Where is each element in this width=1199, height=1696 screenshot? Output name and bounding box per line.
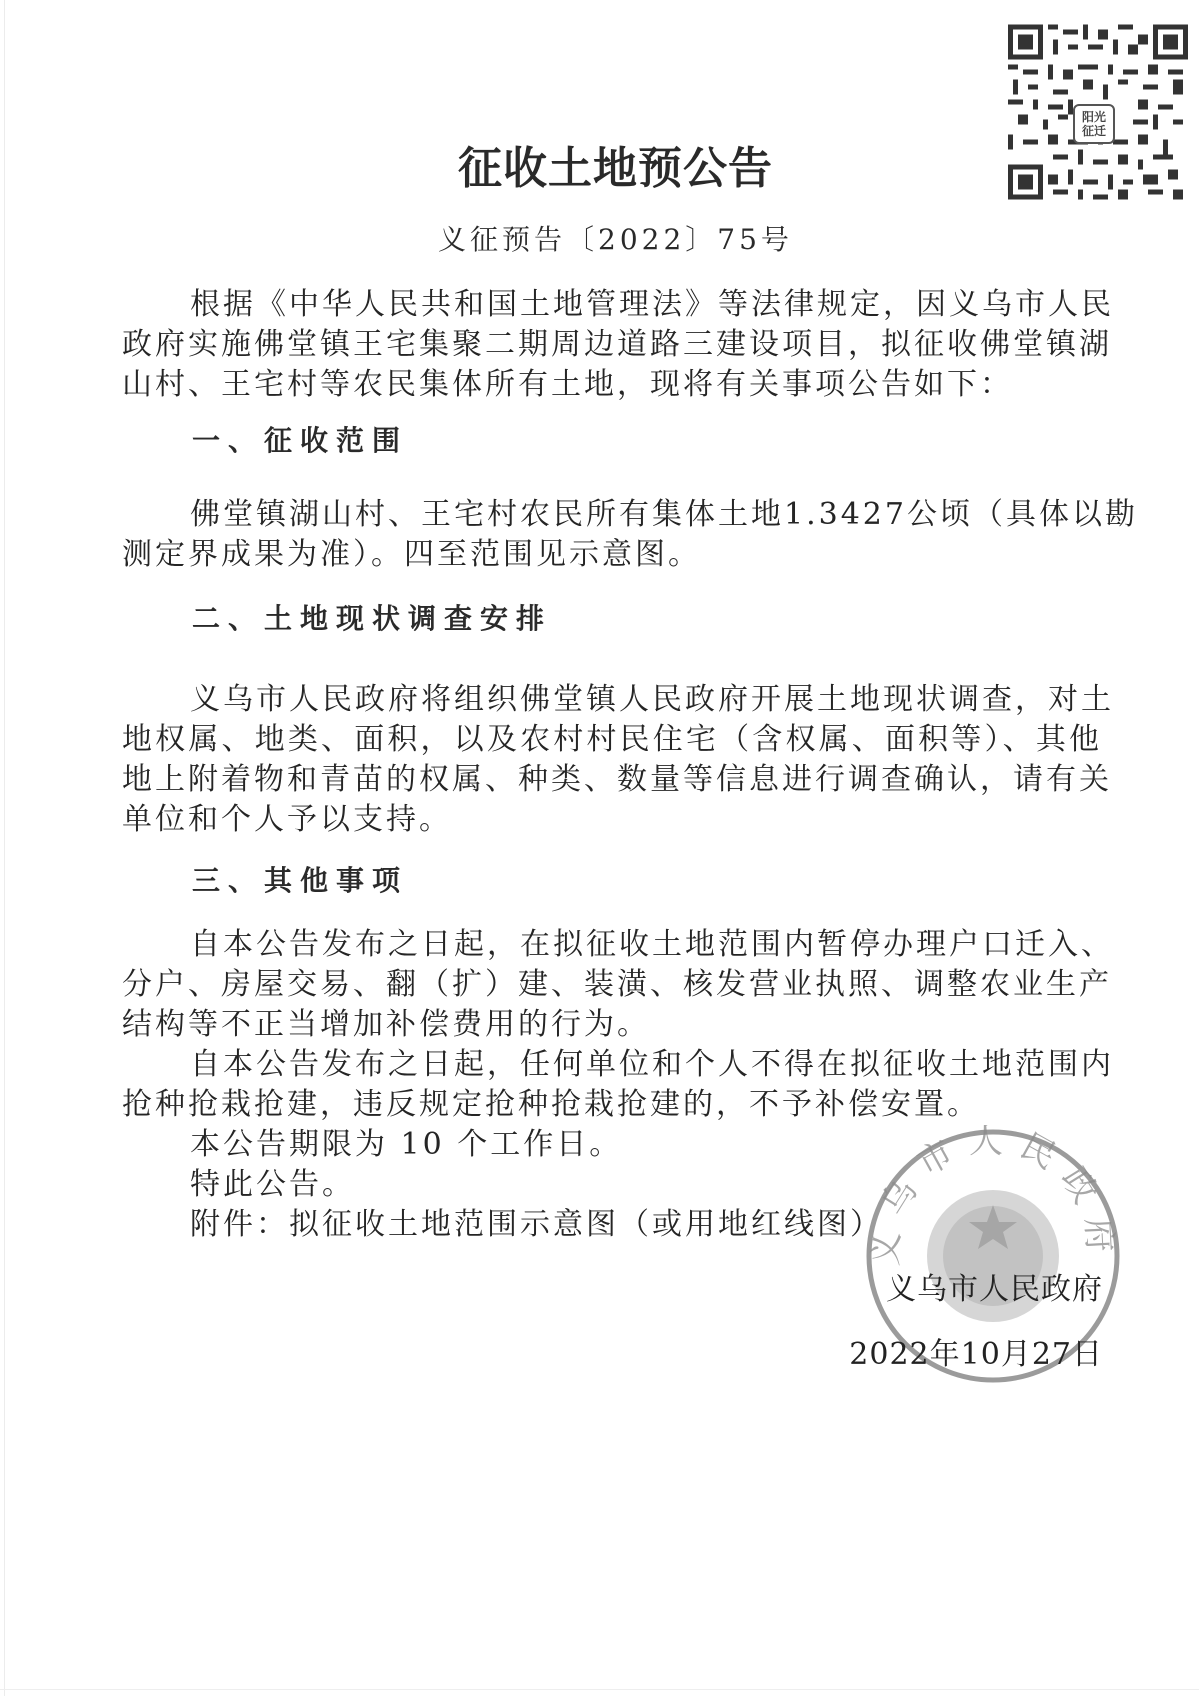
section-heading-other: 三、其他事项	[192, 861, 408, 901]
section-line: 自本公告发布之日起，在拟征收土地范围内暂停办理户口迁入、	[190, 925, 1102, 965]
section-line: 测定界成果为准）。四至范围见示意图。	[122, 535, 1102, 575]
section-line: 结构等不正当增加补偿费用的行为。	[122, 1005, 1102, 1045]
section-line: 义乌市人民政府将组织佛堂镇人民政府开展土地现状调查，对土	[190, 680, 1102, 720]
document-number: 义征预告〔2022〕75号	[0, 218, 1199, 258]
intro-line: 山村、王宅村等农民集体所有土地，现将有关事项公告如下：	[122, 365, 1102, 405]
section-heading-survey: 二、土地现状调查安排	[192, 599, 552, 639]
section-line: 单位和个人予以支持。	[122, 800, 1102, 840]
section-heading-scope: 一、征收范围	[192, 421, 408, 461]
page-title: 征收土地预公告	[0, 132, 1199, 196]
scan-bottom-edge	[0, 1689, 1199, 1690]
section-line: 佛堂镇湖山村、王宅村农民所有集体土地1.3427公顷（具体以勘	[190, 495, 1102, 535]
qr-badge-line1: 阳光	[1082, 110, 1106, 124]
issue-date: 2022年10月27日	[849, 1335, 1103, 1375]
intro-line: 政府实施佛堂镇王宅集聚二期周边道路三建设项目，拟征收佛堂镇湖	[122, 325, 1102, 365]
section-line: 自本公告发布之日起，任何单位和个人不得在拟征收土地范围内	[190, 1045, 1102, 1085]
issuer-name: 义乌市人民政府	[886, 1270, 1103, 1310]
section-line: 抢种抢栽抢建，违反规定抢种抢栽抢建的，不予补偿安置。	[122, 1085, 1102, 1125]
intro-line: 根据《中华人民共和国土地管理法》等法律规定，因义乌市人民	[190, 285, 1102, 325]
section-line: 地权属、地类、面积，以及农村村民住宅（含权属、面积等）、其他	[122, 720, 1102, 760]
section-line: 分户、房屋交易、翻（扩）建、装潢、核发营业执照、调整农业生产	[122, 965, 1102, 1005]
section-line: 地上附着物和青苗的权属、种类、数量等信息进行调查确认，请有关	[122, 760, 1102, 800]
